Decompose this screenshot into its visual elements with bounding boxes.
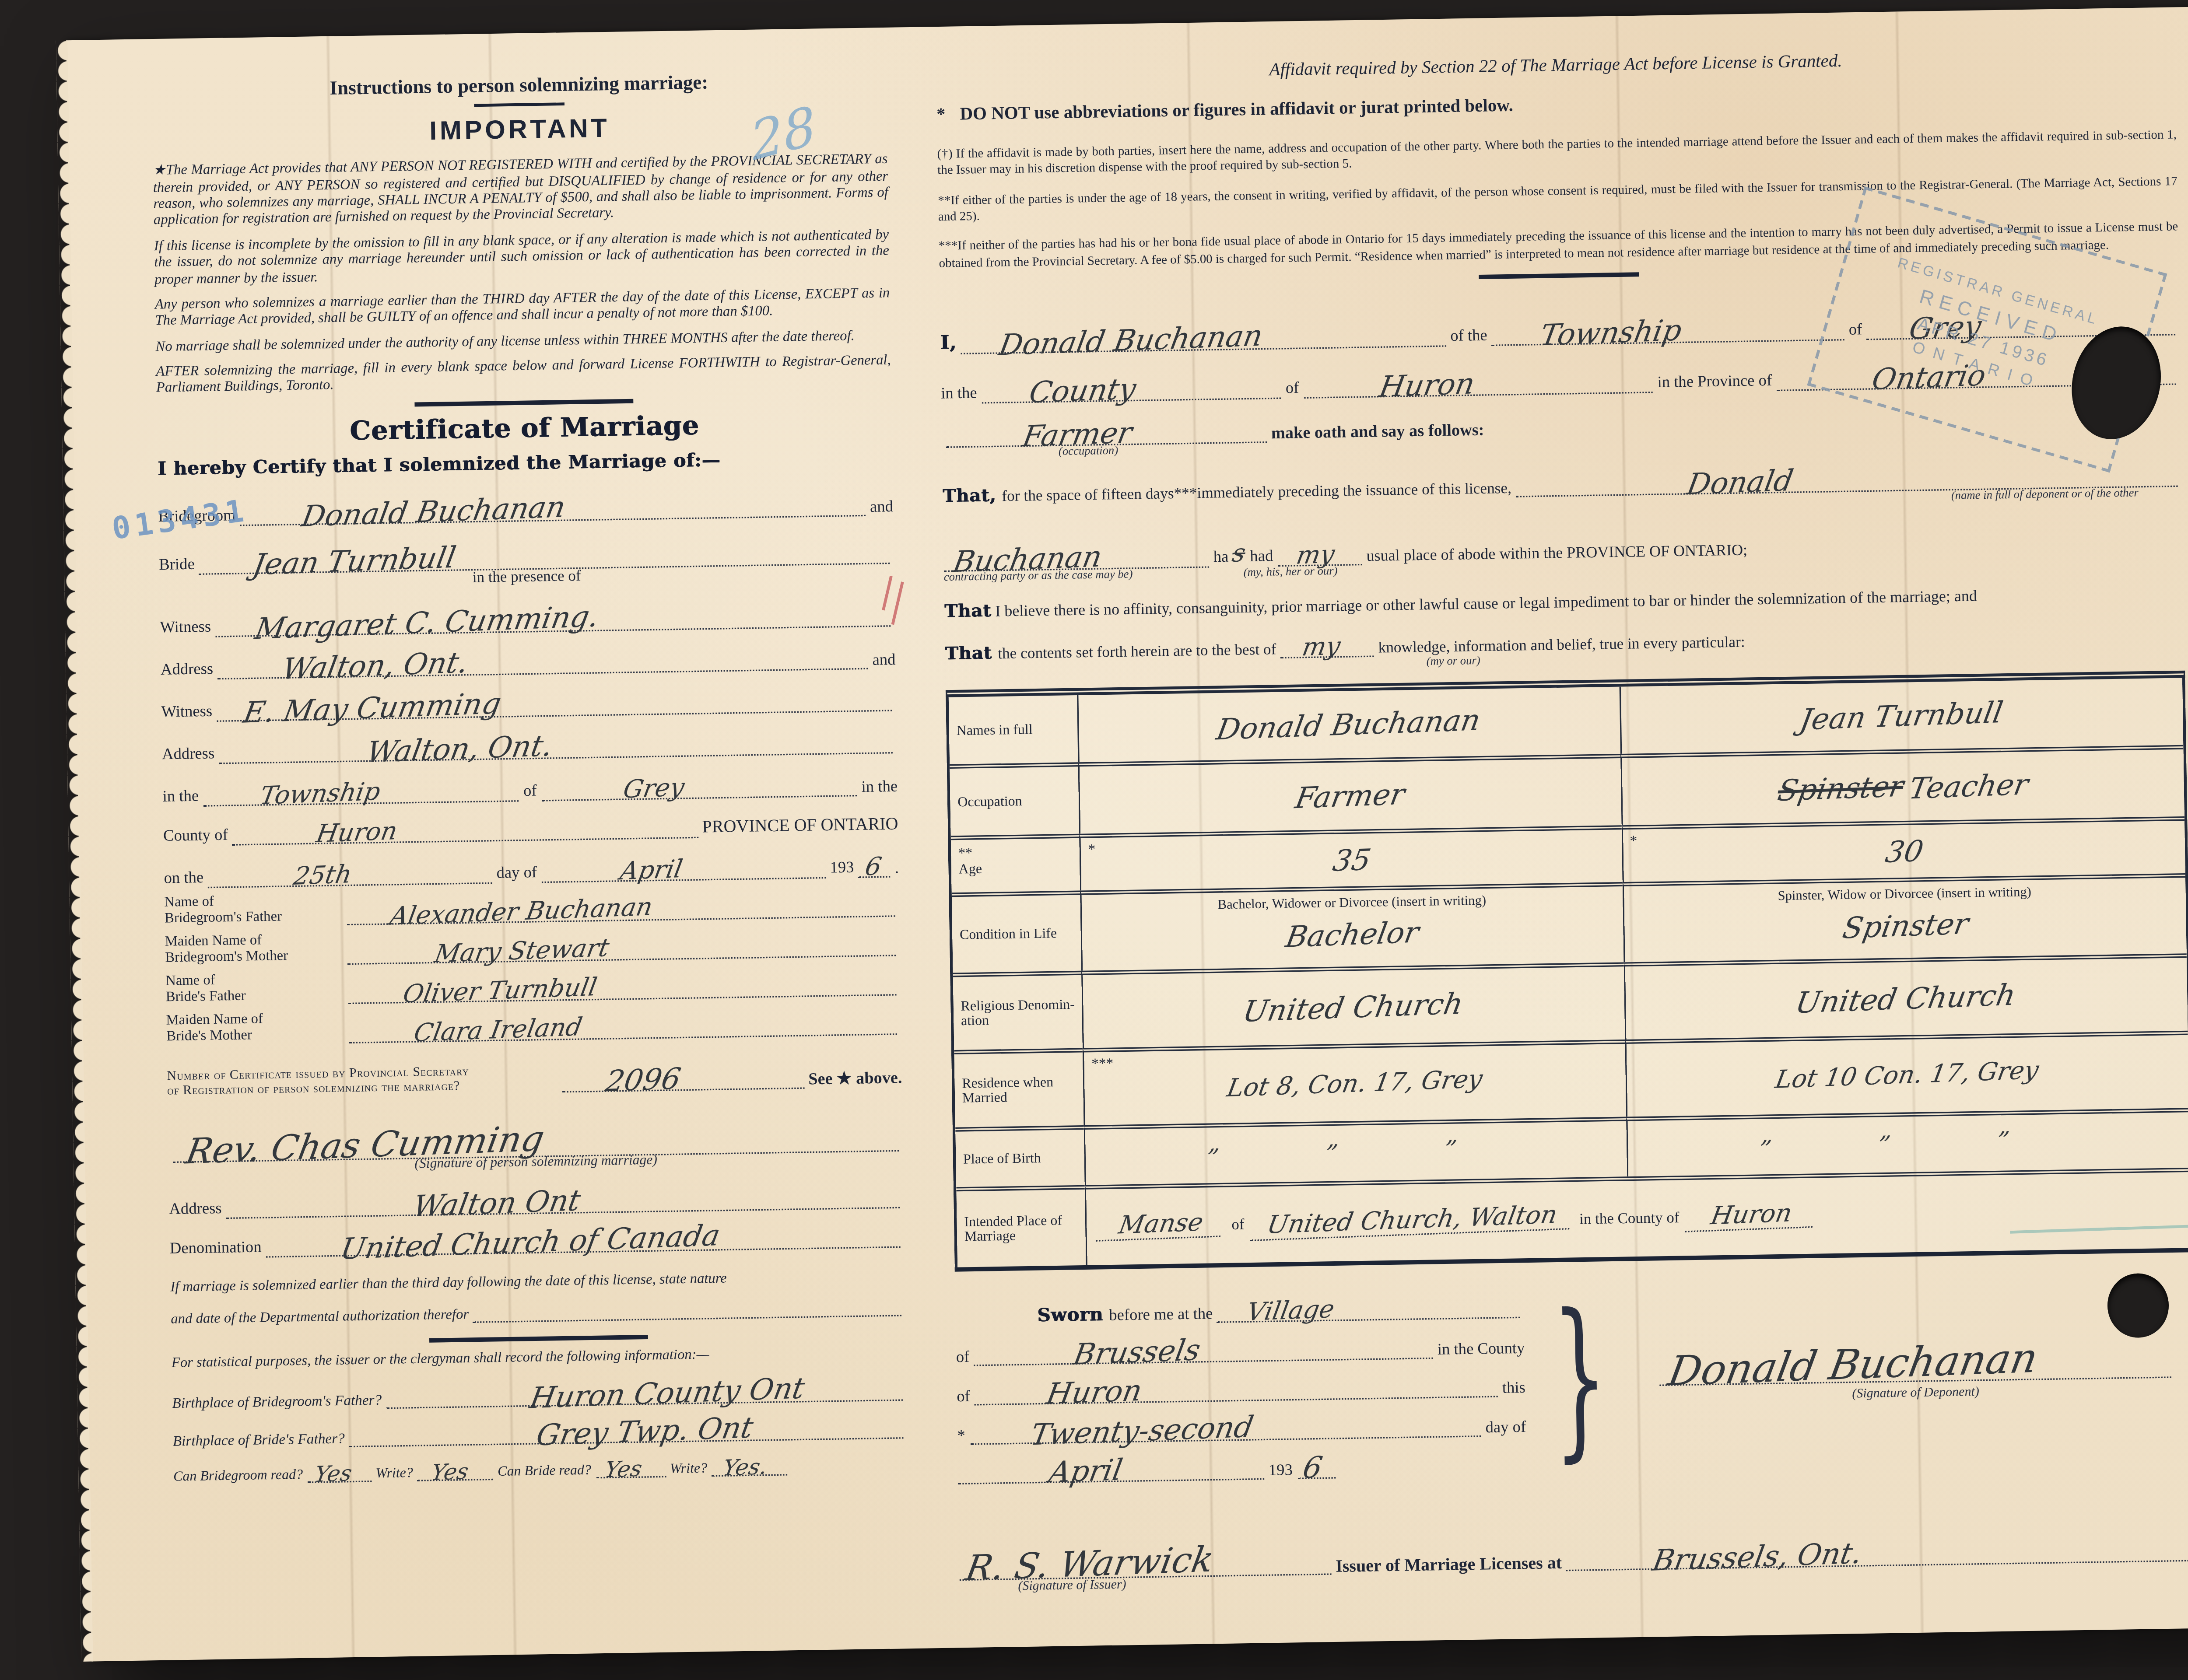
residence-bride-cell: Lot 10 Con. 17, Grey [1624,1031,2188,1117]
in-the-label: in the [162,789,199,807]
intended-place-cell: Manse of United Church, Walton in the Co… [1085,1169,2188,1266]
condition-groom-handwriting: Bachelor [1283,917,1421,951]
occupation-bride-struck-handwriting: Spinster [1776,772,1906,806]
star-marker: * [1088,843,1095,859]
of-label: of [956,1350,970,1367]
birth-groom-ditto: ” ” ” [1204,1137,1508,1171]
parent-label-line1: Maiden Name of [165,933,262,950]
see-above-note: See ★ above. [808,1067,902,1088]
province-label: in the Province of [1657,374,1772,393]
sworn-left: Sworn before me at the Village of Brusse… [955,1281,1527,1485]
that-word: That [945,643,992,664]
of-the-label: of the [1450,329,1487,346]
age-groom-handwriting: 35 [1330,845,1372,876]
dagger-note: (†) If the affidavit is made by both par… [937,127,2177,179]
jurat-block: Sworn before me at the Village of Brusse… [955,1270,2188,1485]
solemnizer-signature-row: Rev. Chas Cumming [168,1093,903,1163]
bride-label: Bride [159,558,195,575]
on-the-label: on the [164,871,203,889]
intended-church-handwriting: United Church, Walton [1250,1204,1574,1242]
address-label: Address [161,662,214,680]
in-county-of-label: in the County of [1579,1211,1680,1228]
names-groom-handwriting: Donald Buchanan [1215,706,1483,745]
instructions-paragraph-4: No marriage shall be solemnized under th… [155,327,891,355]
asterisk-marker: * [936,104,946,126]
year-printed-label: 193 [830,861,854,878]
write-label: Write? [670,1463,708,1478]
occupation-groom-cell: Farmer [1078,754,1621,834]
parent-label-line2: Bride's Father [166,988,246,1006]
table-label-religion: Religious Denomin-ation [953,971,1083,1050]
issuer-signature-handwriting: R. S. Warwick [963,1543,1217,1587]
my-handwriting: my [1294,543,1336,570]
parent-label-line2: Bride's Mother [166,1027,252,1045]
address-label: Address [169,1202,222,1219]
table-label-occupation: Occupation [950,763,1079,836]
day-of-label: day of [496,866,537,883]
address-label: Address [162,747,215,764]
sworn-year-digit-handwriting: 6 [1301,1453,1325,1483]
write-label: Write? [375,1467,413,1483]
can-bridegroom-read-answer: Yes [313,1463,354,1487]
certificate-heading: Certificate of Marriage [157,407,892,449]
in-county-text: in the County [1438,1340,1525,1359]
county-label: County of [163,828,228,846]
divider-rule [414,399,633,406]
can-bride-read-label: Can Bride read? [498,1465,591,1481]
affidavit-title: Affidavit required by Section 22 of The … [936,45,2175,86]
deponent-signature-handwriting: Donald Buchanan [1666,1339,2041,1393]
of-label: of [1231,1218,1245,1234]
that-word: That, [943,485,996,506]
do-not-text: DO NOT use abbreviations or figures in a… [960,95,1513,126]
condition-groom-cell: Bachelor, Widower or Divorcee (insert in… [1080,883,1623,972]
issuer-label: Issuer of Marriage Licenses at [1336,1554,1562,1575]
sworn-line5: April 193 6 [957,1437,1527,1485]
bride-name-handwriting: Jean Turnbull [251,542,459,579]
that3-my-handwriting: my [1301,636,1343,662]
occupation-bride-cell: Spinster Teacher [1620,745,2184,826]
names-bride-handwriting: Jean Turnbull [1798,698,2006,735]
divider-rule [429,1335,648,1343]
names-groom-cell: Donald Buchanan [1077,687,1620,763]
parent-value-handwriting: Clara Ireland [412,1016,584,1047]
parent-label-line1: Maiden Name of [166,1011,263,1029]
divider-rule [1479,272,1639,279]
instructions-paragraph-2: If this license is incomplete by the omi… [154,227,890,288]
in-the-label: in the [941,387,977,404]
sworn-line1-text: before me at the [1109,1307,1213,1325]
can-bridegroom-read-label: Can Bridegroom read? [173,1469,303,1486]
table-label-birth: Place of Birth [955,1126,1084,1188]
ha-suffix-handwriting: s [1231,542,1248,567]
that3-text-a: the contents set forth herein are to the… [998,643,1276,664]
instructions-title: Instructions to person solemnizing marri… [151,68,887,103]
residence-bride-handwriting: Lot 10 Con. 17, Grey [1774,1059,2041,1094]
religion-bride-handwriting: United Church [1794,981,2018,1018]
table-label-names: Names in full [949,696,1078,765]
witness-label: Witness [161,705,212,722]
condition-groom-header: Bachelor, Widower or Divorcee (insert in… [1217,889,1486,913]
religion-bride-cell: United Church [1623,954,2188,1040]
table-label-age: ** Age [951,834,1080,893]
affidavit-table: Names in full Donald Buchanan Jean Turnb… [946,671,2188,1272]
scanned-document-stage: Instructions to person solemnizing marri… [0,0,2188,1680]
can-bride-write-answer: Yes. [722,1457,769,1480]
birth-bride-ditto: ” ” ” [1757,1128,2060,1162]
star-marker: * [1630,834,1637,850]
jurat-brace: } [1524,1279,1636,1476]
blank-field [473,1306,901,1323]
residence-groom-cell: *** Lot 8, Con. 17, Grey [1083,1040,1626,1126]
sworn-month-handwriting: April [1047,1456,1125,1487]
parent-label-line2: Bridegroom's Mother [165,948,288,966]
intended-manse-handwriting: Manse [1096,1211,1225,1242]
can-bridegroom-write-answer: Yes [429,1462,470,1485]
instructions-paragraph-5: AFTER solemnizing the marriage, fill in … [156,353,891,397]
condition-bride-handwriting: Spinster [1840,908,1970,942]
year-printed: 193 [1269,1463,1293,1480]
residence-groom-handwriting: Lot 8, Con. 17, Grey [1225,1068,1485,1102]
triple-star-marker: *** [1091,1057,1114,1073]
instructions-paragraph-3: Any person who solemnizes a marriage ear… [155,285,891,330]
year-digit-handwriting: 6 [863,855,883,881]
of-label: of [957,1389,970,1407]
ha-printed: ha [1213,550,1228,567]
table-label-residence: Residence when Married [954,1049,1084,1128]
and-text: and [872,651,896,669]
province-of-ontario-label: PROVINCE OF ONTARIO [702,813,898,838]
condition-bride-cell: Spinster, Widow or Divorcee (insert in w… [1622,874,2187,962]
denomination-label: Denomination [170,1240,262,1259]
occupation-groom-handwriting: Farmer [1293,780,1407,813]
surname-handwriting: Buchanan [951,542,1105,576]
parent-label-line1: Name of [164,894,214,911]
sworn-word: Sworn [1037,1304,1104,1326]
age-bride-handwriting: 30 [1883,837,1925,868]
age-bride-cell: * 30 [1621,817,2185,883]
make-oath-text: make oath and say as follows: [1271,422,1484,443]
that2-text: I believe there is no affinity, consangu… [995,588,1977,620]
in-the-label: in the [861,778,898,796]
day-of-text: day of [1485,1419,1526,1437]
marriage-license-paper: Instructions to person solemnizing marri… [66,7,2188,1662]
table-label-condition: Condition in Life [952,891,1081,973]
this-text: this [1502,1380,1526,1398]
i-label: I, [940,332,957,355]
condition-bride-header: Spinster, Widow or Divorcee (insert in w… [1778,881,2031,904]
occupation-bride-handwriting: Teacher [1906,770,2030,804]
that1-name-handwriting: Donald [1685,465,1796,499]
certno-value-handwriting: 2096 [603,1063,683,1095]
can-bride-read-answer: Yes [603,1459,644,1482]
parent-label-line2: Bridegroom's Father [165,909,282,927]
curly-brace: } [1551,1291,1609,1464]
names-bride-cell: Jean Turnbull [1619,679,2183,755]
parent-label-line1: Name of [165,973,215,990]
religion-groom-handwriting: United Church [1241,989,1466,1026]
intended-county-handwriting: Huron [1686,1202,1818,1233]
denomination-handwriting: United Church of Canada [339,1220,722,1263]
certificate-number-row: Number of Certificate issued by Provinci… [167,1040,902,1099]
and-text: and [870,498,894,516]
witness-label: Witness [160,620,211,637]
deponent-signature-block: Donald Buchanan (Signature of Deponent) [1633,1270,2188,1475]
deponent-signature-row: Donald Buchanan [1654,1270,2176,1386]
divider-rule [474,102,565,107]
birth-bride-cell: ” ” ” [1626,1109,2188,1177]
double-star-note: **If either of the parties is under the … [938,173,2177,225]
earlier-solemnized-note-line2: and date of the Departmental authorizati… [171,1308,469,1328]
issuer-place-handwriting: Brussels, Ont. [1651,1539,1865,1575]
that-word: That [944,600,992,621]
of-label: of [523,784,537,801]
of-label: of [1286,381,1299,399]
age-label: Age [958,862,982,878]
age-groom-cell: * 35 [1079,826,1622,891]
occupation-handwriting: Farmer [1020,417,1134,451]
period-text: . [894,859,899,877]
left-column-certificate: Instructions to person solemnizing marri… [151,28,908,1486]
star-marker: * [957,1429,965,1446]
table-label-intended: Intended Place of Marriage [956,1186,1086,1268]
birth-groom-cell: ” ” ” [1084,1117,1627,1186]
religion-groom-cell: United Church [1081,963,1624,1049]
do-not-line: * DO NOT use abbreviations or figures in… [936,84,2176,126]
age-stars: ** [958,846,973,862]
had-printed: had [1250,550,1273,567]
